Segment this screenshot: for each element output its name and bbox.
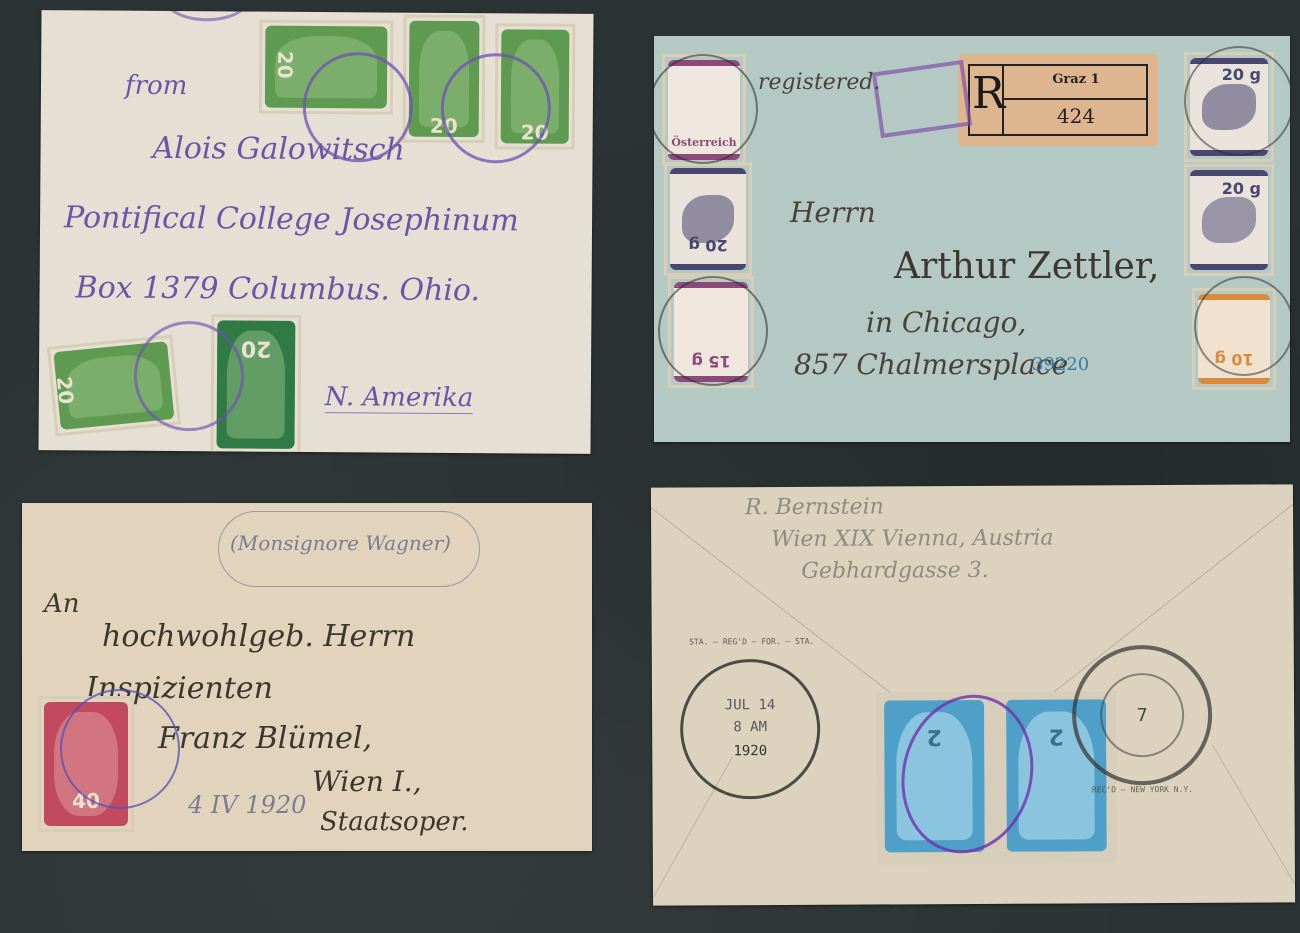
cover-bottom-right-reverse: R. Bernstein Wien XIX Vienna, Austria Ge… [651, 484, 1295, 905]
address-line: An [44, 589, 80, 619]
address-line: Alois Galowitsch [152, 131, 404, 168]
address-line: 857 Chalmersplace [794, 348, 1068, 381]
address-line: Box 1379 Columbus. Ohio. [75, 270, 480, 308]
address-line: Herrn [790, 196, 876, 229]
postmark-graz [658, 276, 768, 386]
postmark-ring-text: STA. — REG'D — FOR. — STA. [672, 637, 832, 647]
address-line: Staatsoper. [320, 807, 469, 837]
pencil-date: 4 IV 1920 [188, 791, 306, 819]
sender-line: Wien XIX Vienna, Austria [771, 526, 1053, 552]
registration-label: R Graz 1 424 [958, 54, 1158, 146]
address-line: Pontifical College Josephinum [64, 200, 519, 238]
registered-note: registered. [758, 70, 880, 95]
stamp-20g: 20 g [1184, 164, 1274, 276]
cover-bottom-left: (Monsignore Wagner) An hochwohlgeb. Herr… [22, 503, 592, 851]
postmark-time: 8 AM [710, 719, 790, 735]
postmark-ny-ring: REC'D — NEW YORK N.Y. [1072, 785, 1212, 795]
postmark-wien [440, 53, 551, 164]
address-line: N. Amerika [325, 382, 474, 414]
postmark-ny-day: 7 [1122, 705, 1162, 726]
address-line: Wien I., [312, 765, 422, 798]
postmark-year: 1920 [710, 743, 790, 759]
pencil-note: (Monsignore Wagner) [230, 531, 451, 555]
address-line: from [125, 71, 188, 101]
cover-top-right: Österreich 20 g 15 g 20 g 20 g 10 g R Gr… [654, 36, 1290, 442]
docket-number: 39220 [1032, 354, 1089, 375]
address-line: in Chicago, [866, 306, 1026, 339]
postmark-wien [134, 321, 245, 432]
postmark-graz [1194, 276, 1290, 376]
postmark-graz [1184, 46, 1290, 156]
sender-line: R. Bernstein [745, 494, 884, 520]
registration-cachet [872, 60, 972, 138]
address-line: hochwohlgeb. Herrn [102, 619, 415, 654]
registration-number: 424 [1004, 104, 1148, 128]
address-line: Franz Blümel, [158, 721, 372, 756]
address-line: Arthur Zettler, [894, 246, 1159, 287]
postmark-date: JUL 14 [710, 697, 790, 713]
cover-top-left: 20 20 20 20 20 from Alois Galowitsch Pon… [38, 10, 593, 454]
registration-letter: R [972, 68, 1002, 119]
stamp-20g-inverted: 20 g [664, 162, 752, 276]
postmark-wien-top [161, 10, 251, 21]
postmark-wien [60, 689, 180, 809]
sender-line: Gebhardgasse 3. [801, 558, 988, 584]
registration-office: Graz 1 [1004, 72, 1148, 87]
